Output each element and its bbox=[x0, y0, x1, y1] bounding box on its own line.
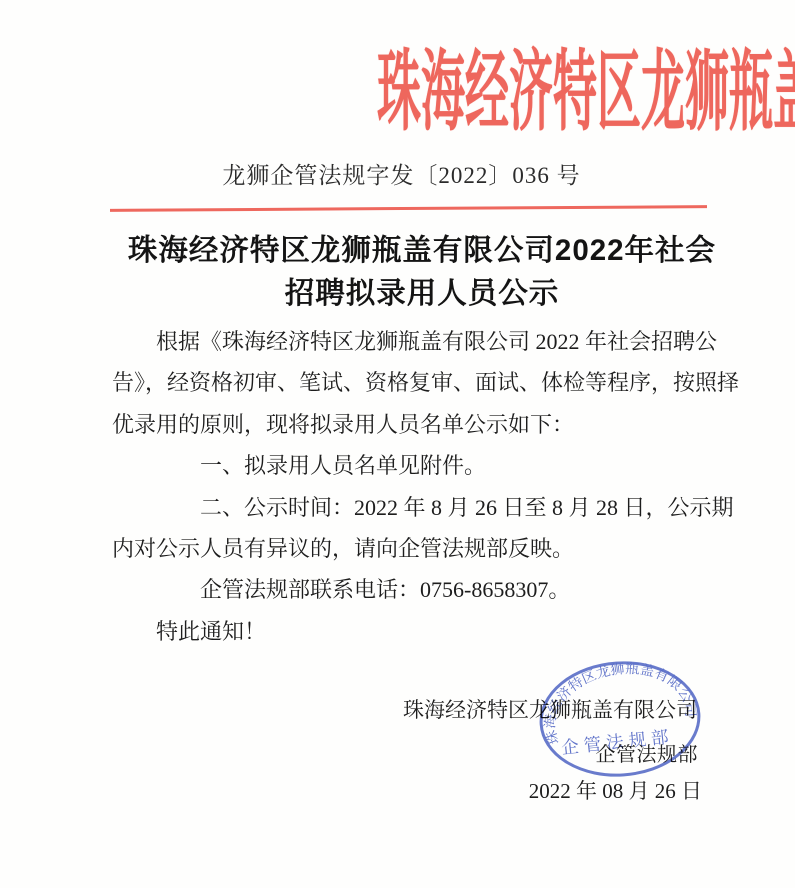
document-number: 龙狮企管法规字发〔2022〕036 号 bbox=[0, 157, 795, 190]
red-divider-line bbox=[110, 205, 707, 212]
company-seal: 珠海经济特区龙狮瓶盖有限公司 企管法规部 bbox=[522, 644, 718, 792]
body-line: 根据《珠海经济特区龙狮瓶盖有限公司 2022 年社会招聘公 bbox=[112, 321, 752, 362]
seal-center-text: 企管法规部 bbox=[560, 726, 674, 758]
document-title-line2: 招聘拟录用人员公示 bbox=[112, 272, 732, 315]
letterhead: 珠海经济特区龙狮瓶盖有限公司 bbox=[0, 44, 795, 168]
body-line: 优录用的原则，现将拟录用人员名单公示如下： bbox=[112, 404, 752, 445]
body-line-item1: 一、拟录用人员名单见附件。 bbox=[112, 445, 752, 486]
body-line: 告》，经资格初审、笔试、资格复审、面试、体检等程序，按照择 bbox=[112, 362, 752, 403]
body-line: 内对公示人员有异议的，请向企管法规部反映。 bbox=[112, 528, 752, 569]
document-title: 珠海经济特区龙狮瓶盖有限公司2022年社会 招聘拟录用人员公示 bbox=[112, 229, 732, 315]
official-document-page: 珠海经济特区龙狮瓶盖有限公司 龙狮企管法规字发〔2022〕036 号 珠海经济特… bbox=[0, 0, 795, 888]
letterhead-company-name: 珠海经济特区龙狮瓶盖有限公司 bbox=[377, 44, 795, 144]
body-line-phone: 企管法规部联系电话：0756-8658307。 bbox=[112, 569, 752, 610]
body-line-item2: 二、公示时间：2022 年 8 月 26 日至 8 月 28 日，公示期 bbox=[112, 487, 752, 528]
document-title-line1: 珠海经济特区龙狮瓶盖有限公司2022年社会 bbox=[112, 229, 732, 272]
document-body: 根据《珠海经济特区龙狮瓶盖有限公司 2022 年社会招聘公 告》，经资格初审、笔… bbox=[112, 321, 752, 652]
